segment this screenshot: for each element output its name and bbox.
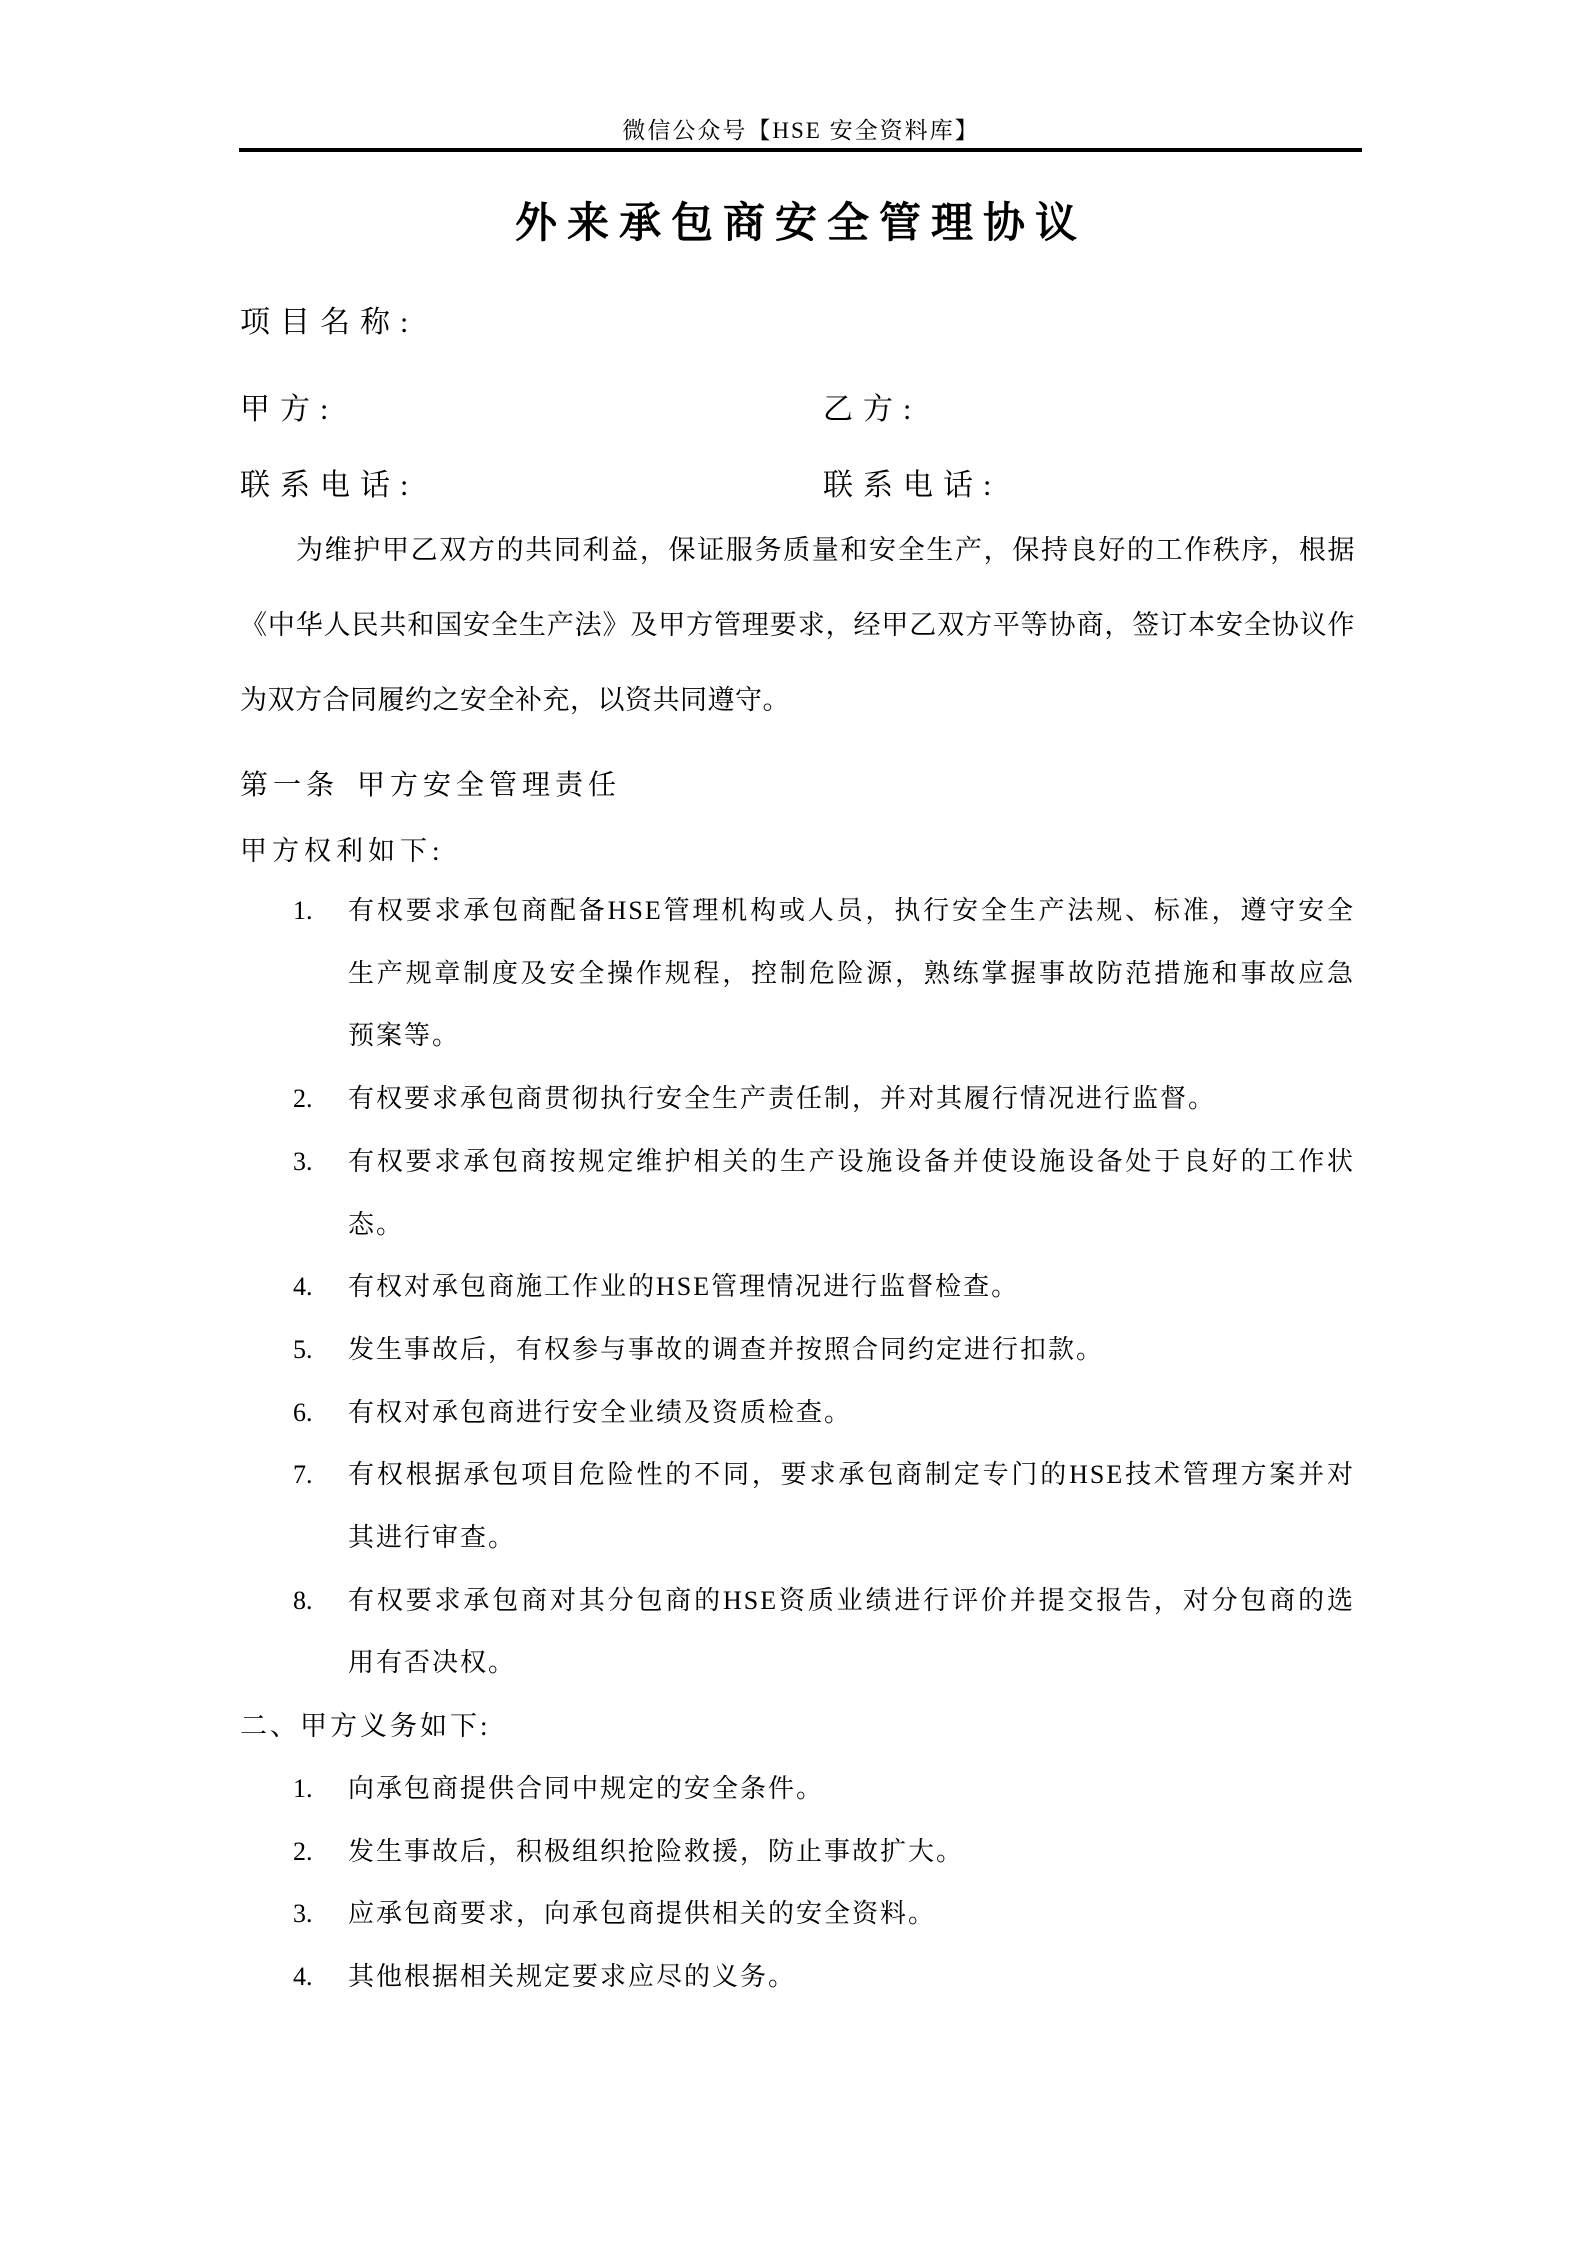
list-item-text: 向承包商提供合同中规定的安全条件。 <box>348 1758 1355 1821</box>
list-item-number: 6. <box>293 1382 313 1445</box>
clauses-list: 1. 有权要求承包商配备HSE管理机构或人员，执行安全生产法规、标准，遵守安全生… <box>240 880 1355 2009</box>
list-item: 3. 应承包商要求，向承包商提供相关的安全资料。 <box>240 1883 1355 1946</box>
list-item-number: 8. <box>293 1570 313 1633</box>
list-item-number: 5. <box>293 1319 313 1382</box>
party-b-phone-label: 联系电话: <box>823 460 1001 504</box>
list-item: 1. 向承包商提供合同中规定的安全条件。 <box>240 1758 1355 1821</box>
list-item-number: 4. <box>293 1946 313 2009</box>
list-item-number: 3. <box>293 1131 313 1194</box>
list-item-number: 3. <box>293 1883 313 1946</box>
list-item-text: 有权根据承包项目危险性的不同，要求承包商制定专门的HSE技术管理方案并对其进行审… <box>348 1444 1355 1569</box>
section-1-heading: 第一条甲方安全管理责任 <box>240 763 621 803</box>
list-item-text: 有权要求承包商按规定维护相关的生产设施设备并使设施设备处于良好的工作状态。 <box>348 1131 1355 1256</box>
list-item-number: 1. <box>293 1758 313 1821</box>
preamble-paragraph: 为维护甲乙双方的共同利益，保证服务质量和安全生产，保持良好的工作秩序，根据《中华… <box>240 513 1355 738</box>
list-item: 2. 发生事故后，积极组织抢险救援，防止事故扩大。 <box>240 1821 1355 1884</box>
party-a-phone-label: 联系电话: <box>240 460 418 504</box>
section-1-number: 第一条 <box>240 770 339 801</box>
list-item-text: 有权要求承包商贯彻执行安全生产责任制，并对其履行情况进行监督。 <box>348 1068 1355 1131</box>
list-item-text: 有权要求承包商对其分包商的HSE资质业绩进行评价并提交报告，对分包商的选用有否决… <box>348 1570 1355 1695</box>
list-item-number: 2. <box>293 1068 313 1131</box>
list-item-number: 7. <box>293 1444 313 1507</box>
party-b-label: 乙方: <box>823 384 921 428</box>
list-item: 7. 有权根据承包项目危险性的不同，要求承包商制定专门的HSE技术管理方案并对其… <box>240 1444 1355 1569</box>
list-item-number: 1. <box>293 880 313 943</box>
list-item: 2. 有权要求承包商贯彻执行安全生产责任制，并对其履行情况进行监督。 <box>240 1068 1355 1131</box>
list-item-number: 4. <box>293 1256 313 1319</box>
wechat-account-header: 微信公众号【HSE 安全资料库】 <box>240 112 1362 145</box>
document-title: 外来承包商安全管理协议 <box>240 190 1362 250</box>
list-item: 6. 有权对承包商进行安全业绩及资质检查。 <box>240 1382 1355 1445</box>
list-item: 3. 有权要求承包商按规定维护相关的生产设施设备并使设施设备处于良好的工作状态。 <box>240 1131 1355 1256</box>
list-item: 5. 发生事故后，有权参与事故的调查并按照合同约定进行扣款。 <box>240 1319 1355 1382</box>
list-item-text: 其他根据相关规定要求应尽的义务。 <box>348 1946 1355 2009</box>
list-item-text: 应承包商要求，向承包商提供相关的安全资料。 <box>348 1883 1355 1946</box>
header-rule <box>239 148 1362 152</box>
list-item-number: 2. <box>293 1821 313 1884</box>
list-item-text: 有权对承包商进行安全业绩及资质检查。 <box>348 1382 1355 1445</box>
list-item: 1. 有权要求承包商配备HSE管理机构或人员，执行安全生产法规、标准，遵守安全生… <box>240 880 1355 1068</box>
list-item-text: 有权要求承包商配备HSE管理机构或人员，执行安全生产法规、标准，遵守安全生产规章… <box>348 880 1355 1068</box>
document-page: 微信公众号【HSE 安全资料库】 外来承包商安全管理协议 项目名称: 甲方: 乙… <box>0 0 1587 2245</box>
party-a-label: 甲方: <box>240 384 338 428</box>
list-item: 4. 有权对承包商施工作业的HSE管理情况进行监督检查。 <box>240 1256 1355 1319</box>
list-item-text: 有权对承包商施工作业的HSE管理情况进行监督检查。 <box>348 1256 1355 1319</box>
list-item-text: 发生事故后，有权参与事故的调查并按照合同约定进行扣款。 <box>348 1319 1355 1382</box>
duties-heading: 二、甲方义务如下: <box>240 1695 1355 1758</box>
list-item: 8. 有权要求承包商对其分包商的HSE资质业绩进行评价并提交报告，对分包商的选用… <box>240 1570 1355 1695</box>
list-item-text: 发生事故后，积极组织抢险救援，防止事故扩大。 <box>348 1821 1355 1884</box>
section-1-title: 甲方安全管理责任 <box>357 770 621 801</box>
list-item: 4. 其他根据相关规定要求应尽的义务。 <box>240 1946 1355 2009</box>
rights-heading: 甲方权利如下: <box>240 829 445 868</box>
project-name-label: 项目名称: <box>240 297 418 341</box>
